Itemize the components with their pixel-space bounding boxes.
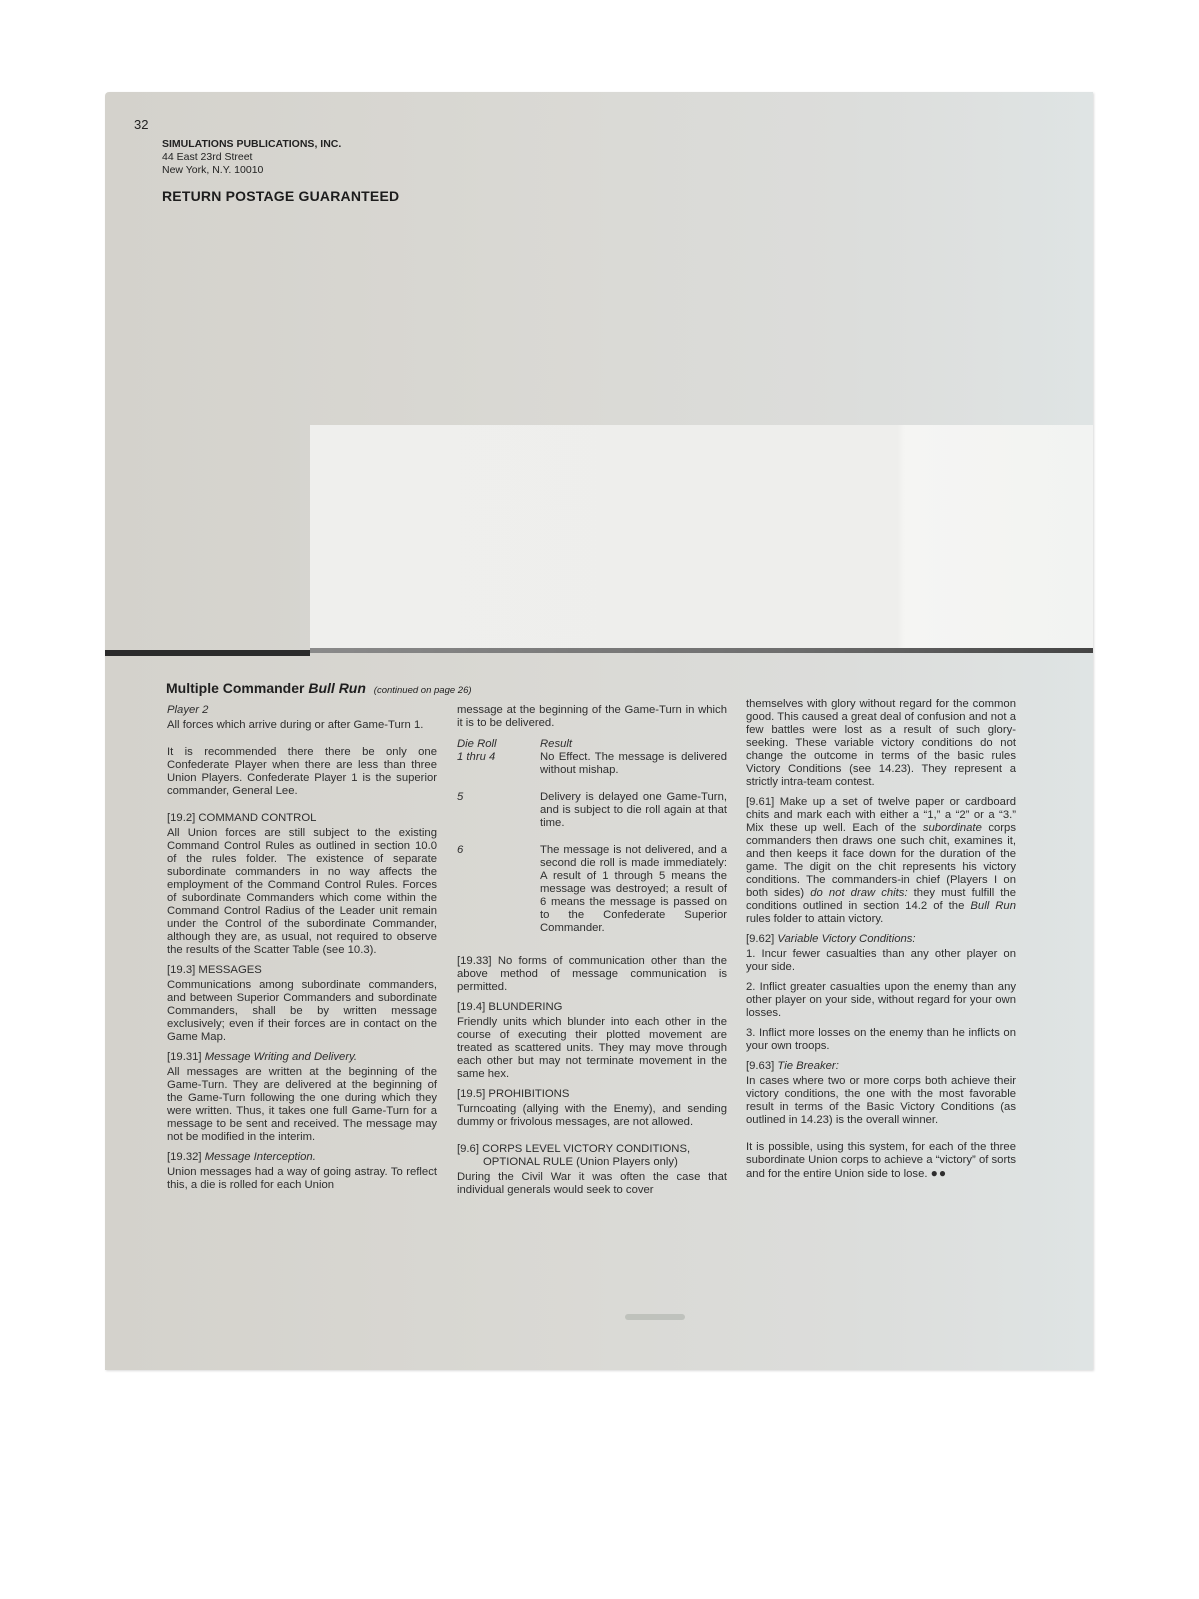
section-19-31-heading: [19.31] Message Writing and Delivery. (167, 1051, 437, 1064)
divider-rule (105, 650, 310, 656)
table-row: 6 The message is not delivered, and a se… (457, 844, 727, 949)
section-19-3-text: Communications among subordinate command… (167, 979, 437, 1044)
section-19-3-heading: [19.3] MESSAGES (167, 964, 437, 977)
victory-condition-1: 1. Incur fewer casualties than any other… (746, 948, 1016, 974)
victory-condition-3: 3. Inflict more losses on the enemy than… (746, 1027, 1016, 1053)
section-19-33-text: [19.33] No forms of communication other … (457, 955, 727, 994)
continued-text: themselves with glory without regard for… (746, 698, 1016, 789)
continued-text: message at the beginning of the Game-Tur… (457, 704, 727, 730)
section-9-62-heading: [9.62] Variable Victory Conditions: (746, 933, 1016, 946)
section-9-6-text: During the Civil War it was often the ca… (457, 1171, 727, 1197)
section-19-4-heading: [19.4] BLUNDERING (457, 1001, 727, 1014)
game-title: Bull Run (308, 680, 366, 696)
table-header-die-roll: Die Roll (457, 738, 540, 751)
article-column-2: message at the beginning of the Game-Tur… (457, 704, 727, 1204)
article-title: Multiple Commander Bull Run (continued o… (166, 680, 472, 696)
table-row: 5 Delivery is delayed one Game-Turn, and… (457, 791, 727, 844)
end-mark-icon: ●● (931, 1166, 948, 1180)
player2-label: Player 2 (167, 704, 437, 717)
section-9-63-heading: [9.63] Tie Breaker: (746, 1060, 1016, 1073)
section-9-63-text: In cases where two or more corps both ac… (746, 1075, 1016, 1127)
article-column-1: Player 2 All forces which arrive during … (167, 704, 437, 1199)
section-9-6-heading-line2: OPTIONAL RULE (Union Players only) (457, 1156, 727, 1169)
closing-paragraph: It is possible, using this system, for e… (746, 1141, 1016, 1181)
section-9-61-text: [9.61] Make up a set of twelve paper or … (746, 796, 1016, 926)
publisher-city: New York, N.Y. 10010 (162, 164, 341, 177)
label-edge-shadow (310, 648, 1093, 653)
table-row: 1 thru 4 No Effect. The message is deliv… (457, 751, 727, 791)
return-postage-notice: RETURN POSTAGE GUARANTEED (162, 188, 399, 204)
section-19-32-heading: [19.32] Message Interception. (167, 1151, 437, 1164)
section-19-5-text: Turncoating (allying with the Enemy), an… (457, 1103, 727, 1129)
player2-text: All forces which arrive during or after … (167, 719, 437, 732)
section-19-2-text: All Union forces are still subject to th… (167, 827, 437, 957)
section-19-4-text: Friendly units which blunder into each o… (457, 1016, 727, 1081)
victory-condition-2: 2. Inflict greater casualties upon the e… (746, 981, 1016, 1020)
mailing-label-area (310, 425, 1093, 650)
section-19-32-text: Union messages had a way of going astray… (167, 1166, 437, 1192)
recommendation-paragraph: It is recommended there there be only on… (167, 746, 437, 798)
page-number: 32 (134, 117, 148, 132)
section-19-31-text: All messages are written at the beginnin… (167, 1066, 437, 1144)
die-roll-table: Die Roll Result 1 thru 4 No Effect. The … (457, 738, 727, 949)
article-column-3: themselves with glory without regard for… (746, 698, 1016, 1188)
section-19-5-heading: [19.5] PROHIBITIONS (457, 1088, 727, 1101)
return-address: SIMULATIONS PUBLICATIONS, INC. 44 East 2… (162, 138, 341, 177)
section-9-6-heading: [9.6] CORPS LEVEL VICTORY CONDITIONS, (457, 1143, 727, 1156)
continued-note: (continued on page 26) (374, 685, 472, 696)
paper-smudge (625, 1314, 685, 1320)
publisher-street: 44 East 23rd Street (162, 151, 341, 164)
table-header-result: Result (540, 738, 727, 751)
section-19-2-heading: [19.2] COMMAND CONTROL (167, 812, 437, 825)
magazine-back-page: 32 SIMULATIONS PUBLICATIONS, INC. 44 Eas… (105, 92, 1093, 1370)
publisher-name: SIMULATIONS PUBLICATIONS, INC. (162, 138, 341, 151)
